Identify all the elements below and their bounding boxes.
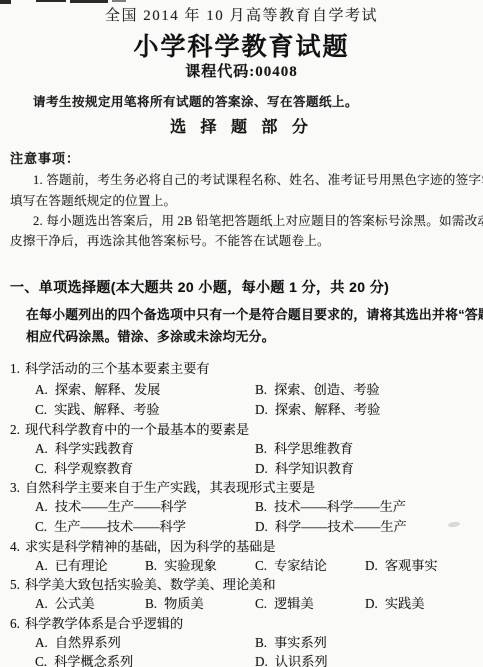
option-row: C.科学概念系列 D.认识系列 (35, 651, 479, 667)
option-c: C.科学观察教育 (35, 458, 255, 477)
option-c: C.科学概念系列 (35, 651, 255, 667)
option-a: A.自然界系列 (35, 632, 255, 651)
option-row: C.实践、解释、考验 D.探索、解释、考验 (35, 399, 479, 418)
question-text: 科学活动的三个基本要素主要有 (25, 361, 210, 376)
note-line: 1. 答题前，考生务必将自己的考试课程名称、姓名、准考证号用黑色字迹的签字笔或钢… (33, 169, 483, 188)
question-number: 5. (10, 577, 25, 593)
question-number: 1. (10, 361, 25, 377)
option-row: A.公式美 B.物质美 C.逻辑美 D.实践美 (35, 593, 479, 612)
section-heading: 一、单项选择题(本大题共 20 小题，每小题 1 分，共 20 分) (10, 277, 389, 297)
question-text: 科学美大致包括实验美、数学美、理论美和 (25, 577, 276, 592)
option-d: D.探索、解释、考验 (255, 399, 479, 418)
exam-paper-page: 全国 2014 年 10 月高等教育自学考试 小学科学教育试题 课程代码:004… (0, 0, 483, 667)
question-text: 现代科学教育中的一个最基本的要素是 (25, 422, 249, 437)
option-row: A.自然界系列 B.事实系列 (35, 632, 479, 651)
option-row: A.已有理论 B.实验现象 C.专家结论 D.客观事实 (35, 555, 479, 574)
scan-artifact (70, 0, 108, 3)
option-row: A.科学实践教育 B.科学思维教育 (35, 438, 479, 457)
option-d: D.实践美 (365, 593, 479, 612)
course-code: 课程代码:00408 (0, 60, 483, 81)
question-stem: 6.科学教学体系是合乎逻辑的 (10, 613, 183, 632)
option-b: B.事实系列 (255, 632, 479, 651)
scan-artifact (112, 0, 126, 2)
option-a: A.公式美 (35, 593, 145, 612)
option-row: C.科学观察教育 D.科学知识教育 (35, 458, 479, 477)
option-a: A.科学实践教育 (35, 438, 255, 457)
option-d: D.认识系列 (255, 651, 479, 667)
option-row: A.探索、解释、发展 B.探索、创造、考验 (35, 379, 479, 398)
option-row: C.生产——技术——科学 D.科学——技术——生产 (35, 516, 479, 535)
option-c: C.实践、解释、考验 (35, 399, 255, 418)
option-c: C.专家结论 (255, 555, 365, 574)
question-text: 求实是科学精神的基础，因为科学的基础是 (25, 539, 276, 554)
option-d: D.客观事实 (365, 555, 479, 574)
question-stem: 5.科学美大致包括实验美、数学美、理论美和 (10, 574, 276, 593)
question-number: 3. (10, 480, 25, 496)
question-stem: 3.自然科学主要来自于生产实践，其表现形式主要是 (10, 477, 315, 496)
option-d: D.科学——技术——生产 (255, 516, 479, 535)
option-a: A.探索、解释、发展 (35, 379, 255, 398)
exam-session-line: 全国 2014 年 10 月高等教育自学考试 (0, 4, 483, 25)
question-stem: 4.求实是科学精神的基础，因为科学的基础是 (10, 536, 276, 555)
option-b: B.科学思维教育 (255, 438, 479, 457)
option-b: B.技术——科学——生产 (255, 496, 479, 515)
scan-artifact (36, 0, 66, 2)
answer-sheet-notice: 请考生按规定用笔将所有试题的答案涂、写在答题纸上。 (33, 92, 358, 110)
section-instruction-line: 在每小题列出的四个备选项中只有一个是符合题目要求的，请将其选出并将“答题纸”的 (26, 304, 483, 323)
option-d: D.科学知识教育 (255, 458, 479, 477)
question-stem: 2.现代科学教育中的一个最基本的要素是 (10, 419, 249, 438)
question-text: 自然科学主要来自于生产实践，其表现形式主要是 (25, 480, 315, 495)
section-instruction-line: 相应代码涂黑。错涂、多涂或未涂均无分。 (26, 326, 275, 345)
part-title: 选 择 题 部 分 (0, 114, 483, 137)
option-c: C.生产——技术——科学 (35, 516, 255, 535)
option-b: B.物质美 (145, 593, 255, 612)
question-number: 6. (10, 616, 25, 632)
notes-heading: 注意事项： (10, 148, 80, 167)
option-b: B.实验现象 (145, 555, 255, 574)
page-title: 小学科学教育试题 (0, 27, 483, 63)
option-a: A.已有理论 (35, 555, 145, 574)
note-line: 2. 每小题选出答案后，用 2B 铅笔把答题纸上对应题目的答案标号涂黑。如需改动… (33, 210, 483, 229)
question-text: 科学教学体系是合乎逻辑的 (25, 616, 183, 631)
question-number: 4. (10, 539, 25, 555)
note-line: 填写在答题纸规定的位置上。 (10, 190, 176, 209)
question-number: 2. (10, 422, 25, 438)
option-row: A.技术——生产——科学 B.技术——科学——生产 (35, 496, 479, 515)
option-c: C.逻辑美 (255, 593, 365, 612)
option-b: B.探索、创造、考验 (255, 379, 479, 398)
note-line: 皮擦干净后，再选涂其他答案标号。不能答在试题卷上。 (10, 230, 330, 249)
question-stem: 1.科学活动的三个基本要素主要有 (10, 358, 210, 377)
option-a: A.技术——生产——科学 (35, 496, 255, 515)
